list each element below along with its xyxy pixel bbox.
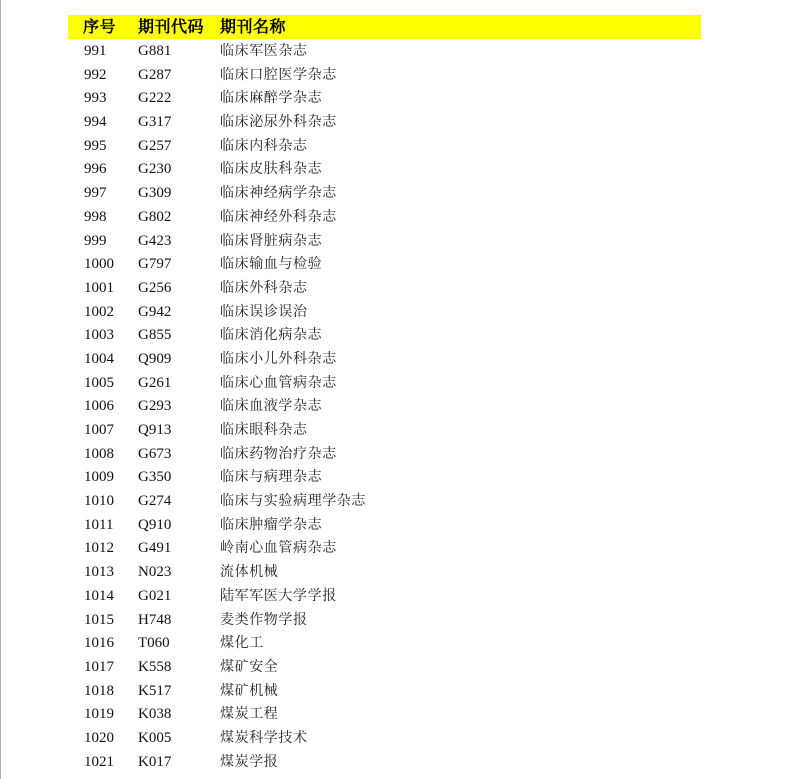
- cell-journal-code: G673: [138, 444, 171, 464]
- cell-journal-code: K005: [138, 728, 171, 748]
- cell-journal-code: G021: [138, 586, 171, 606]
- cell-seq: 1005: [84, 373, 114, 393]
- table-row: 1003G855临床消化病杂志: [0, 323, 794, 347]
- cell-journal-name: 麦类作物学报: [220, 610, 308, 630]
- cell-seq: 1011: [84, 515, 113, 535]
- cell-journal-name: 流体机械: [220, 562, 278, 582]
- cell-journal-code: G274: [138, 491, 171, 511]
- cell-seq: 994: [84, 112, 107, 132]
- cell-seq: 998: [84, 207, 107, 227]
- cell-journal-name: 临床麻醉学杂志: [220, 88, 322, 108]
- cell-journal-name: 陆军军医大学学报: [220, 586, 337, 606]
- table-row: 1005G261临床心血管病杂志: [0, 371, 794, 395]
- cell-journal-code: K558: [138, 657, 171, 677]
- cell-journal-code: G881: [138, 41, 171, 61]
- table-row: 1014G021陆军军医大学学报: [0, 584, 794, 608]
- cell-journal-name: 临床肾脏病杂志: [220, 231, 322, 251]
- cell-seq: 1003: [84, 325, 114, 345]
- cell-journal-code: G855: [138, 325, 171, 345]
- table-row: 997G309临床神经病学杂志: [0, 181, 794, 205]
- cell-seq: 1016: [84, 633, 114, 653]
- cell-seq: 1001: [84, 278, 114, 298]
- table-row: 1007Q913临床眼科杂志: [0, 418, 794, 442]
- cell-seq: 996: [84, 159, 107, 179]
- cell-seq: 1009: [84, 467, 114, 487]
- cell-journal-name: 煤矿机械: [220, 681, 278, 701]
- cell-seq: 1004: [84, 349, 114, 369]
- cell-seq: 992: [84, 65, 107, 85]
- cell-journal-name: 临床肿瘤学杂志: [220, 515, 322, 535]
- cell-journal-code: G491: [138, 538, 171, 558]
- table-row: 1010G274临床与实验病理学杂志: [0, 489, 794, 513]
- cell-journal-code: G350: [138, 467, 171, 487]
- cell-journal-code: T060: [138, 633, 170, 653]
- cell-journal-name: 临床外科杂志: [220, 278, 308, 298]
- table-row: 1001G256临床外科杂志: [0, 276, 794, 300]
- header-journal-code: 期刊代码: [138, 16, 204, 38]
- cell-seq: 999: [84, 231, 107, 251]
- cell-seq: 991: [84, 41, 107, 61]
- table-row: 998G802临床神经外科杂志: [0, 205, 794, 229]
- cell-seq: 1018: [84, 681, 114, 701]
- cell-journal-code: G942: [138, 302, 171, 322]
- cell-journal-code: G256: [138, 278, 171, 298]
- cell-journal-name: 临床输血与检验: [220, 254, 322, 274]
- table-row: 1012G491岭南心血管病杂志: [0, 536, 794, 560]
- cell-seq: 1002: [84, 302, 114, 322]
- table-row: 1013N023流体机械: [0, 560, 794, 584]
- table-row: 1004Q909临床小儿外科杂志: [0, 347, 794, 371]
- cell-seq: 1014: [84, 586, 114, 606]
- header-seq: 序号: [83, 16, 116, 38]
- cell-journal-code: G293: [138, 396, 171, 416]
- cell-journal-name: 煤炭工程: [220, 704, 278, 724]
- cell-journal-code: G257: [138, 136, 171, 156]
- table-row: 1017K558煤矿安全: [0, 655, 794, 679]
- cell-journal-name: 煤化工: [220, 633, 264, 653]
- table-row: 999G423临床肾脏病杂志: [0, 229, 794, 253]
- cell-journal-code: G802: [138, 207, 171, 227]
- cell-seq: 1017: [84, 657, 114, 677]
- cell-journal-name: 临床药物治疗杂志: [220, 444, 337, 464]
- cell-journal-code: Q910: [138, 515, 171, 535]
- cell-journal-code: Q909: [138, 349, 171, 369]
- cell-journal-name: 煤炭科学技术: [220, 728, 308, 748]
- cell-journal-name: 临床内科杂志: [220, 136, 308, 156]
- cell-journal-name: 临床军医杂志: [220, 41, 308, 61]
- table-row: 994G317临床泌尿外科杂志: [0, 110, 794, 134]
- cell-journal-code: G797: [138, 254, 171, 274]
- cell-seq: 1006: [84, 396, 114, 416]
- cell-journal-name: 临床皮肤科杂志: [220, 159, 322, 179]
- cell-seq: 1013: [84, 562, 114, 582]
- cell-seq: 1019: [84, 704, 114, 724]
- cell-journal-code: G423: [138, 231, 171, 251]
- table-row: 1000G797临床输血与检验: [0, 252, 794, 276]
- cell-journal-name: 临床小儿外科杂志: [220, 349, 337, 369]
- table-row: 1020K005煤炭科学技术: [0, 726, 794, 750]
- cell-seq: 995: [84, 136, 107, 156]
- table-row: 1009G350临床与病理杂志: [0, 465, 794, 489]
- cell-seq: 1015: [84, 610, 114, 630]
- table-row: 1021K017煤炭学报: [0, 750, 794, 774]
- cell-journal-name: 岭南心血管病杂志: [220, 538, 337, 558]
- table-row: 995G257临床内科杂志: [0, 134, 794, 158]
- cell-journal-code: G230: [138, 159, 171, 179]
- table-row: 1002G942临床误诊误治: [0, 300, 794, 324]
- cell-seq: 1008: [84, 444, 114, 464]
- cell-seq: 1012: [84, 538, 114, 558]
- table-row: 993G222临床麻醉学杂志: [0, 86, 794, 110]
- cell-journal-code: G317: [138, 112, 171, 132]
- cell-journal-code: K038: [138, 704, 171, 724]
- cell-journal-name: 煤炭学报: [220, 752, 278, 772]
- cell-journal-name: 临床与病理杂志: [220, 467, 322, 487]
- cell-journal-code: G287: [138, 65, 171, 85]
- table-row: 992G287临床口腔医学杂志: [0, 63, 794, 87]
- table-row: 1016T060煤化工: [0, 631, 794, 655]
- cell-journal-code: G261: [138, 373, 171, 393]
- cell-journal-name: 临床消化病杂志: [220, 325, 322, 345]
- cell-journal-name: 临床心血管病杂志: [220, 373, 337, 393]
- cell-journal-name: 煤矿安全: [220, 657, 278, 677]
- table-row: 1019K038煤炭工程: [0, 702, 794, 726]
- cell-journal-code: K017: [138, 752, 171, 772]
- cell-seq: 993: [84, 88, 107, 108]
- cell-journal-code: G222: [138, 88, 171, 108]
- cell-seq: 997: [84, 183, 107, 203]
- table-row: 1011Q910临床肿瘤学杂志: [0, 513, 794, 537]
- cell-seq: 1020: [84, 728, 114, 748]
- cell-journal-name: 临床眼科杂志: [220, 420, 308, 440]
- cell-journal-name: 临床神经外科杂志: [220, 207, 337, 227]
- table-row: 1018K517煤矿机械: [0, 679, 794, 703]
- cell-journal-code: N023: [138, 562, 171, 582]
- cell-journal-code: G309: [138, 183, 171, 203]
- cell-journal-name: 临床误诊误治: [220, 302, 308, 322]
- table-row: 991G881临床军医杂志: [0, 39, 794, 63]
- cell-journal-code: K517: [138, 681, 171, 701]
- journal-table-body: 991G881临床军医杂志992G287临床口腔医学杂志993G222临床麻醉学…: [0, 39, 794, 773]
- header-journal-name: 期刊名称: [220, 16, 286, 38]
- cell-journal-name: 临床神经病学杂志: [220, 183, 337, 203]
- cell-journal-name: 临床与实验病理学杂志: [220, 491, 366, 511]
- cell-journal-name: 临床泌尿外科杂志: [220, 112, 337, 132]
- cell-seq: 1021: [84, 752, 114, 772]
- cell-seq: 1000: [84, 254, 114, 274]
- cell-journal-code: H748: [138, 610, 171, 630]
- table-header: 序号 期刊代码 期刊名称: [68, 15, 701, 39]
- cell-journal-code: Q913: [138, 420, 171, 440]
- cell-seq: 1010: [84, 491, 114, 511]
- cell-journal-name: 临床口腔医学杂志: [220, 65, 337, 85]
- table-row: 1006G293临床血液学杂志: [0, 394, 794, 418]
- table-row: 1008G673临床药物治疗杂志: [0, 442, 794, 466]
- table-row: 1015H748麦类作物学报: [0, 608, 794, 632]
- cell-journal-name: 临床血液学杂志: [220, 396, 322, 416]
- cell-seq: 1007: [84, 420, 114, 440]
- table-row: 996G230临床皮肤科杂志: [0, 157, 794, 181]
